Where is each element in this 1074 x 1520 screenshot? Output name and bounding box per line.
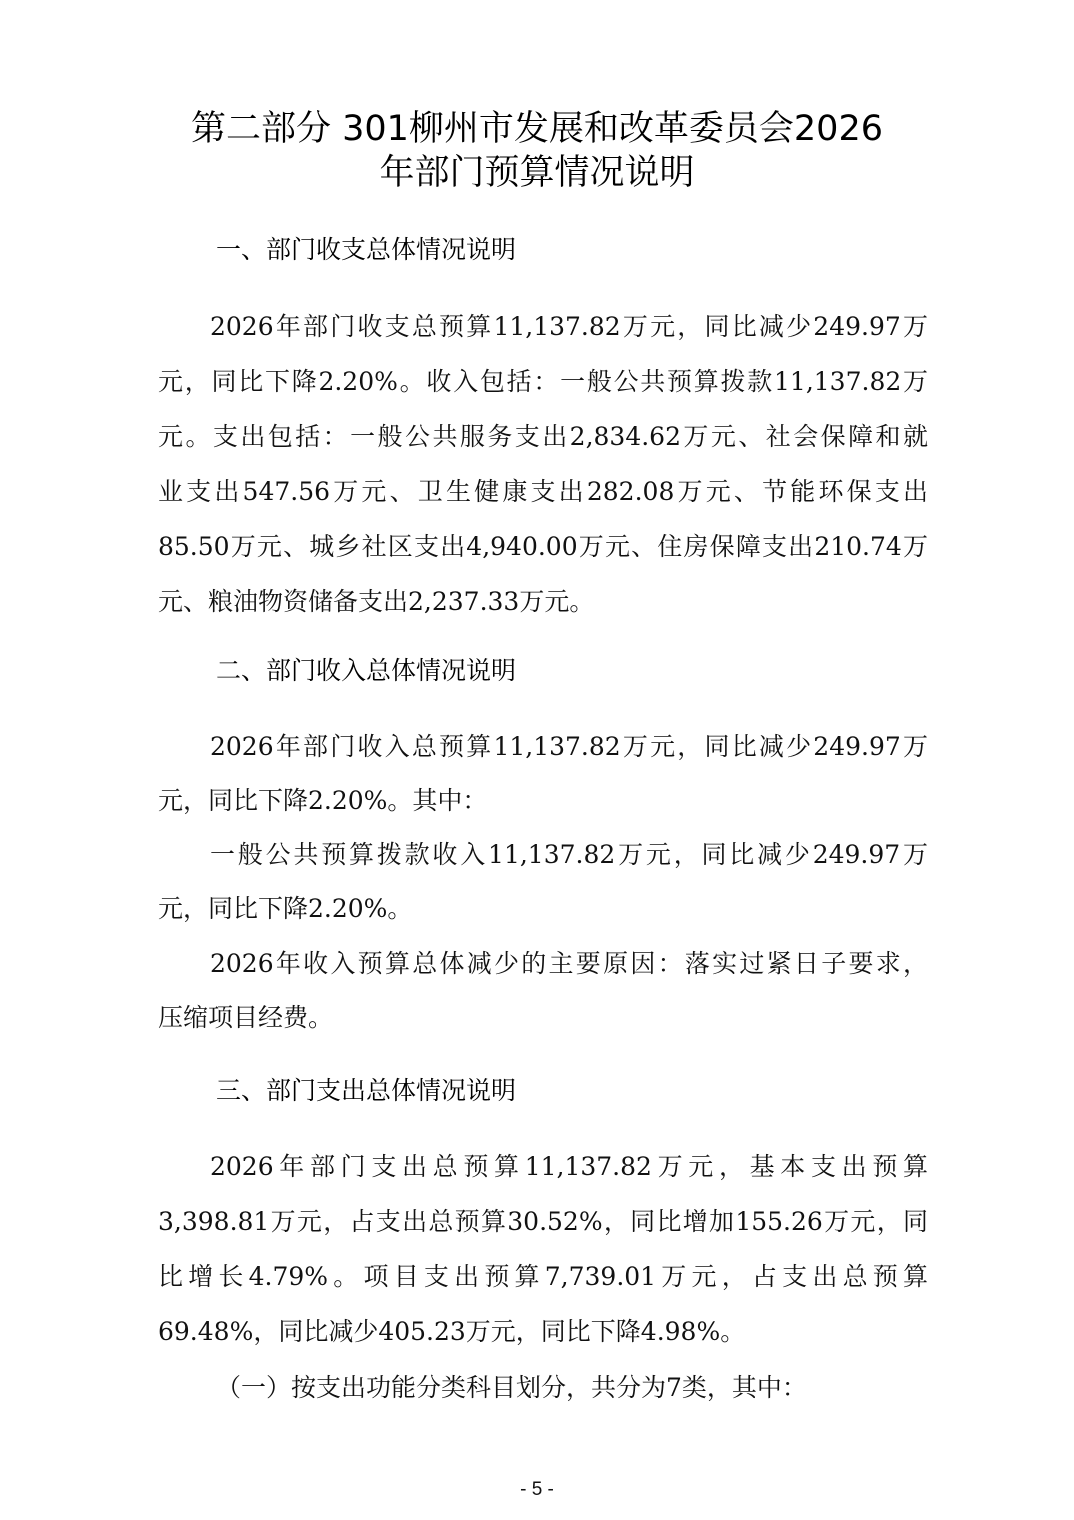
- subsection-heading: （一）按支出功能分类科目划分，共分为7类，其中：: [216, 1372, 807, 1404]
- document-page: 第二部分 301柳州市发展和改革委员会2026 年部门预算情况说明 一、部门收支…: [0, 0, 1074, 1520]
- paragraph-line: 2026年部门收支总预算11,137.82万元，同比减少249.97万: [210, 311, 928, 343]
- section-heading-2: 二、部门收入总体情况说明: [216, 655, 516, 687]
- paragraph-line: 3,398.81万元，占支出总预算30.52%，同比增加155.26万元，同: [158, 1206, 928, 1238]
- paragraph-line: 元，同比下降2.20%。其中：: [158, 785, 928, 817]
- paragraph-line: 85.50万元、城乡社区支出4,940.00万元、住房保障支出210.74万: [158, 531, 928, 563]
- paragraph-line: 2026年部门支出总预算11,137.82万元，基本支出预算: [210, 1151, 928, 1183]
- paragraph-line: 2026年部门收入总预算11,137.82万元，同比减少249.97万: [210, 731, 928, 763]
- paragraph-line: 元，同比下降2.20%。收入包括：一般公共预算拨款11,137.82万: [158, 366, 928, 398]
- section-heading-1: 一、部门收支总体情况说明: [216, 234, 516, 266]
- page-title-line-2: 年部门预算情况说明: [0, 150, 1074, 196]
- paragraph-line: 2026年收入预算总体减少的主要原因：落实过紧日子要求，: [210, 948, 928, 980]
- paragraph-line: 业支出547.56万元、卫生健康支出282.08万元、节能环保支出: [158, 476, 928, 508]
- page-number: - 5 -: [0, 1478, 1074, 1502]
- section-heading-3: 三、部门支出总体情况说明: [216, 1075, 516, 1107]
- paragraph-line: 元，同比下降2.20%。: [158, 893, 928, 925]
- page-title-line-1: 第二部分 301柳州市发展和改革委员会2026: [0, 106, 1074, 152]
- paragraph-line: 元。支出包括：一般公共服务支出2,834.62万元、社会保障和就: [158, 421, 928, 453]
- paragraph-line: 压缩项目经费。: [158, 1002, 928, 1034]
- paragraph-line: 69.48%，同比减少405.23万元，同比下降4.98%。: [158, 1316, 928, 1348]
- paragraph-line: 比增长4.79%。项目支出预算7,739.01万元，占支出总预算: [158, 1261, 928, 1293]
- paragraph-line: 一般公共预算拨款收入11,137.82万元，同比减少249.97万: [210, 839, 928, 871]
- paragraph-line: 元、粮油物资储备支出2,237.33万元。: [158, 586, 928, 618]
